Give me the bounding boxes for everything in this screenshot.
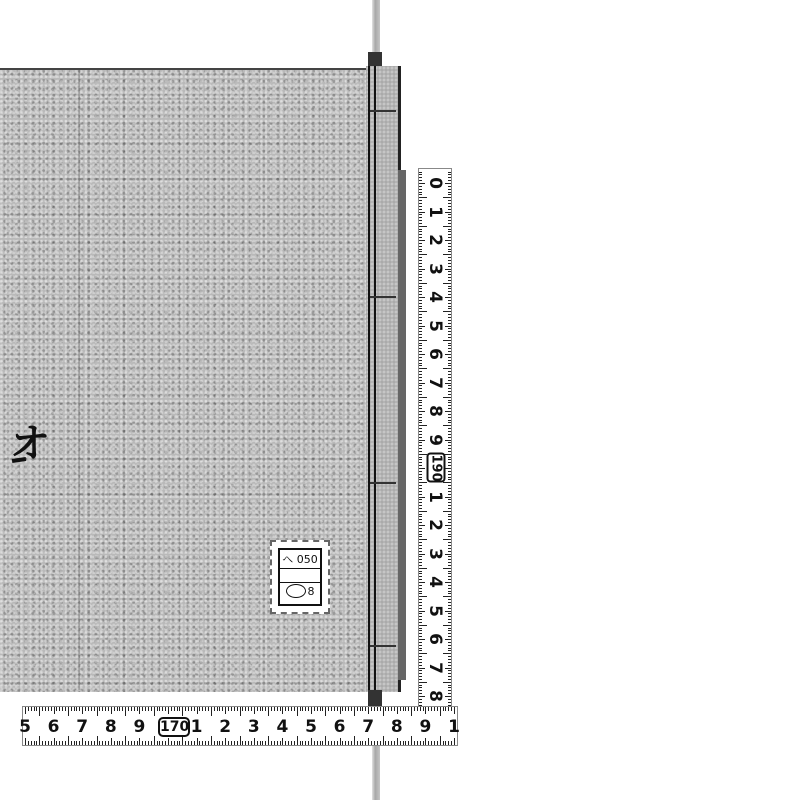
ruler-tick bbox=[191, 741, 192, 745]
ruler-tick bbox=[431, 707, 432, 711]
ruler-tick bbox=[419, 459, 422, 460]
ruler-tick bbox=[419, 687, 422, 688]
ruler-tick bbox=[448, 257, 451, 258]
ruler-tick bbox=[271, 707, 272, 711]
ruler-tick bbox=[445, 554, 451, 555]
ruler-tick bbox=[448, 542, 451, 543]
ruler-tick bbox=[288, 741, 289, 745]
ruler-tick bbox=[448, 616, 451, 617]
label-number: 8 bbox=[308, 585, 315, 598]
ruler-tick bbox=[419, 197, 427, 198]
ruler-tick bbox=[125, 707, 126, 716]
ruler-tick bbox=[448, 474, 451, 475]
ruler-tick bbox=[419, 340, 427, 341]
ruler-tick bbox=[448, 562, 451, 563]
ruler-tick bbox=[419, 608, 422, 609]
ruler-tick bbox=[448, 174, 451, 175]
ruler-tick bbox=[85, 707, 86, 711]
ruler-tick bbox=[311, 738, 312, 745]
ruler-tick bbox=[448, 536, 451, 537]
ruler-tick bbox=[448, 437, 451, 438]
ruler-tick bbox=[400, 741, 401, 745]
ruler-tick bbox=[448, 693, 451, 694]
ruler-tick bbox=[448, 650, 451, 651]
ruler-tick bbox=[423, 741, 424, 745]
ruler-tick bbox=[448, 351, 451, 352]
ruler-label: 1 bbox=[425, 202, 445, 222]
ruler-tick bbox=[425, 738, 426, 745]
ruler-tick bbox=[240, 707, 241, 716]
ruler-tick bbox=[419, 303, 422, 304]
ruler-tick bbox=[448, 288, 451, 289]
ruler-tick bbox=[368, 707, 369, 714]
ruler-tick bbox=[448, 465, 451, 466]
ruler-tick bbox=[65, 741, 66, 745]
ruler-tick bbox=[419, 397, 427, 398]
binding-stitch bbox=[370, 645, 396, 647]
ruler-tick bbox=[419, 291, 422, 292]
ruler-tick bbox=[105, 707, 106, 711]
ruler-tick bbox=[408, 741, 409, 745]
ruler-tick bbox=[137, 707, 138, 711]
ruler-tick bbox=[45, 707, 46, 711]
ruler-tick bbox=[39, 707, 40, 716]
ruler-tick bbox=[448, 548, 451, 549]
ruler-tick bbox=[448, 177, 451, 178]
ruler-tick bbox=[36, 741, 37, 745]
ruler-tick bbox=[419, 263, 422, 264]
ruler-tick bbox=[419, 417, 422, 418]
ruler-tick bbox=[445, 468, 451, 469]
ruler-tick bbox=[419, 214, 422, 215]
ruler-tick bbox=[448, 573, 451, 574]
ruler-tick bbox=[411, 707, 412, 716]
ruler-tick bbox=[448, 630, 451, 631]
ruler-tick bbox=[440, 736, 441, 745]
ruler-tick bbox=[419, 320, 422, 321]
ruler-tick bbox=[419, 294, 422, 295]
ruler-label: 5 bbox=[425, 601, 445, 621]
ruler-tick bbox=[448, 314, 451, 315]
ruler-tick bbox=[251, 741, 252, 745]
ruler-tick bbox=[419, 391, 422, 392]
ruler-tick bbox=[419, 365, 422, 366]
ruler-tick bbox=[159, 707, 160, 711]
ruler-tick bbox=[39, 736, 40, 745]
ruler-tick bbox=[419, 653, 427, 654]
ruler-tick bbox=[448, 636, 451, 637]
ruler-tick bbox=[94, 707, 95, 711]
ruler-tick bbox=[354, 707, 355, 716]
ruler-tick bbox=[437, 741, 438, 745]
thread-knot-top bbox=[368, 52, 382, 66]
ruler-tick bbox=[445, 326, 451, 327]
ruler-tick bbox=[448, 328, 451, 329]
ruler-label: 7 bbox=[72, 717, 92, 737]
ruler-tick bbox=[99, 707, 100, 711]
ruler-tick bbox=[257, 707, 258, 711]
ruler-tick bbox=[76, 741, 77, 745]
ruler-tick bbox=[448, 519, 451, 520]
ruler-tick bbox=[208, 707, 209, 711]
ruler-tick bbox=[134, 707, 135, 711]
ruler-tick bbox=[214, 707, 215, 711]
ruler-tick bbox=[34, 707, 35, 711]
ruler-tick bbox=[342, 741, 343, 745]
ruler-tick bbox=[419, 223, 422, 224]
ruler-tick bbox=[419, 499, 422, 500]
ruler-tick bbox=[185, 707, 186, 711]
ruler-label: 6 bbox=[425, 629, 445, 649]
ruler-tick bbox=[448, 499, 451, 500]
ruler-tick bbox=[448, 402, 451, 403]
ruler-tick bbox=[448, 599, 451, 600]
ruler-tick bbox=[177, 741, 178, 745]
ruler-tick bbox=[414, 707, 415, 711]
seal-stamp-icon bbox=[286, 584, 306, 598]
ruler-tick bbox=[419, 571, 422, 572]
ruler-tick bbox=[443, 511, 451, 512]
ruler-tick bbox=[111, 707, 112, 714]
ruler-tick bbox=[317, 707, 318, 711]
ruler-tick bbox=[431, 741, 432, 745]
ruler-tick bbox=[448, 320, 451, 321]
ruler-tick bbox=[251, 707, 252, 711]
ruler-tick bbox=[419, 482, 427, 483]
ruler-tick bbox=[419, 673, 422, 674]
ruler-tick bbox=[242, 707, 243, 711]
ruler-tick bbox=[448, 551, 451, 552]
ruler-tick bbox=[419, 579, 422, 580]
ruler-label: 6 bbox=[425, 344, 445, 364]
ruler-tick bbox=[448, 377, 451, 378]
ruler-tick bbox=[419, 243, 422, 244]
ruler-tick bbox=[314, 741, 315, 745]
ruler-tick bbox=[419, 622, 422, 623]
ruler-tick bbox=[448, 414, 451, 415]
ruler-tick bbox=[85, 741, 86, 745]
ruler-tick bbox=[443, 311, 451, 312]
ruler-tick bbox=[348, 741, 349, 745]
ruler-tick bbox=[34, 741, 35, 745]
ruler-tick bbox=[445, 497, 451, 498]
ruler-tick bbox=[419, 522, 422, 523]
ruler-tick bbox=[254, 707, 255, 714]
ruler-tick bbox=[448, 690, 451, 691]
ruler-tick bbox=[448, 277, 451, 278]
ruler-tick bbox=[419, 192, 422, 193]
ruler-tick bbox=[419, 323, 422, 324]
ruler-tick bbox=[222, 741, 223, 745]
ruler-tick bbox=[419, 431, 422, 432]
library-label: ヘ 050 8 bbox=[270, 540, 330, 614]
ruler-tick bbox=[268, 736, 269, 745]
ruler-tick bbox=[260, 707, 261, 711]
label-blank-row bbox=[280, 568, 320, 583]
ruler-tick bbox=[419, 514, 422, 515]
ruler-tick bbox=[448, 508, 451, 509]
ruler-tick bbox=[448, 234, 451, 235]
ruler-tick bbox=[137, 741, 138, 745]
ruler-tick bbox=[340, 738, 341, 745]
ruler-tick bbox=[274, 741, 275, 745]
ruler-tick bbox=[119, 707, 120, 711]
ruler-tick bbox=[448, 622, 451, 623]
ruler-tick bbox=[419, 702, 422, 703]
ruler-tick bbox=[419, 645, 422, 646]
ruler-tick bbox=[388, 707, 389, 711]
ruler-tick bbox=[448, 331, 451, 332]
ruler-tick bbox=[419, 363, 422, 364]
ruler-tick bbox=[345, 707, 346, 711]
ruler-tick bbox=[419, 542, 422, 543]
ruler-tick bbox=[385, 707, 386, 711]
ruler-tick bbox=[188, 707, 189, 711]
ruler-tick bbox=[448, 294, 451, 295]
ruler-tick bbox=[419, 428, 422, 429]
ruler-tick bbox=[419, 576, 422, 577]
ruler-tick bbox=[445, 639, 451, 640]
ruler-tick bbox=[448, 428, 451, 429]
ruler-tick bbox=[428, 707, 429, 711]
ruler-tick bbox=[194, 741, 195, 745]
ruler-tick bbox=[448, 360, 451, 361]
ruler-tick bbox=[448, 585, 451, 586]
ruler-tick bbox=[419, 494, 422, 495]
ruler-tick bbox=[311, 707, 312, 714]
ruler-tick bbox=[348, 707, 349, 711]
ruler-tick bbox=[419, 562, 422, 563]
ruler-tick bbox=[419, 662, 422, 663]
ruler-tick bbox=[419, 534, 422, 535]
ruler-tick bbox=[419, 425, 427, 426]
ruler-tick bbox=[237, 741, 238, 745]
ruler-tick bbox=[448, 491, 451, 492]
ruler-tick bbox=[443, 425, 451, 426]
ruler-tick bbox=[448, 576, 451, 577]
ruler-tick bbox=[419, 593, 422, 594]
ruler-tick bbox=[419, 174, 422, 175]
ruler-tick bbox=[448, 303, 451, 304]
ruler-tick bbox=[328, 707, 329, 711]
ruler-label: 9 bbox=[415, 717, 435, 737]
ruler-tick bbox=[171, 741, 172, 745]
ruler-tick bbox=[419, 186, 422, 187]
ruler-tick bbox=[277, 741, 278, 745]
ruler-tick bbox=[443, 197, 451, 198]
ruler-tick bbox=[448, 180, 451, 181]
ruler-tick bbox=[368, 738, 369, 745]
ruler-tick bbox=[419, 679, 422, 680]
ruler-label: 3 bbox=[244, 717, 264, 737]
ruler-tick bbox=[165, 741, 166, 745]
ruler-tick bbox=[91, 707, 92, 711]
ruler-tick bbox=[440, 707, 441, 716]
ruler-tick bbox=[448, 223, 451, 224]
ruler-tick bbox=[59, 707, 60, 711]
ruler-tick bbox=[108, 707, 109, 711]
ruler-tick bbox=[419, 437, 422, 438]
ruler-label: 3 bbox=[425, 259, 445, 279]
binding-stitch bbox=[370, 110, 396, 112]
ruler-label: 4 bbox=[425, 287, 445, 307]
ruler-tick bbox=[448, 556, 451, 557]
ruler-tick bbox=[448, 291, 451, 292]
ruler-tick bbox=[448, 249, 451, 250]
ruler-tick bbox=[419, 343, 422, 344]
ruler-label: 5 bbox=[15, 717, 35, 737]
ruler-tick bbox=[419, 468, 425, 469]
ruler-tick bbox=[417, 741, 418, 745]
ruler-tick bbox=[88, 707, 89, 711]
ruler-tick bbox=[294, 741, 295, 745]
ruler-tick bbox=[448, 172, 451, 173]
ruler-tick bbox=[134, 741, 135, 745]
ruler-tick bbox=[248, 707, 249, 711]
ruler-tick bbox=[448, 516, 451, 517]
ruler-label: 170 bbox=[158, 717, 190, 737]
ruler-tick bbox=[448, 477, 451, 478]
ruler-tick bbox=[434, 741, 435, 745]
ruler-tick bbox=[448, 186, 451, 187]
ruler-tick bbox=[448, 488, 451, 489]
ruler-label: 1 bbox=[444, 717, 464, 737]
ruler-tick bbox=[297, 736, 298, 745]
spine-line bbox=[368, 66, 370, 692]
ruler-label: 1 bbox=[187, 717, 207, 737]
ruler-tick bbox=[237, 707, 238, 711]
ruler-tick bbox=[419, 237, 422, 238]
ruler-tick bbox=[448, 679, 451, 680]
ruler-tick bbox=[28, 741, 29, 745]
ruler-tick bbox=[448, 243, 451, 244]
ruler-tick bbox=[94, 741, 95, 745]
ruler-tick bbox=[419, 405, 422, 406]
ruler-tick bbox=[419, 331, 422, 332]
ruler-tick bbox=[419, 209, 422, 210]
ruler-tick bbox=[448, 385, 451, 386]
ruler-tick bbox=[317, 741, 318, 745]
ruler-tick bbox=[448, 237, 451, 238]
ruler-tick bbox=[419, 642, 422, 643]
ruler-tick bbox=[211, 736, 212, 745]
ruler-tick bbox=[448, 445, 451, 446]
ruler-tick bbox=[199, 741, 200, 745]
ruler-tick bbox=[419, 203, 422, 204]
ruler-tick bbox=[300, 707, 301, 711]
ruler-tick bbox=[448, 565, 451, 566]
ruler-tick bbox=[128, 741, 129, 745]
ruler-tick bbox=[419, 457, 422, 458]
ruler-tick bbox=[168, 738, 169, 745]
ruler-tick bbox=[151, 741, 152, 745]
ruler-tick bbox=[111, 738, 112, 745]
ruler-tick bbox=[403, 707, 404, 711]
ruler-tick bbox=[271, 741, 272, 745]
ruler-tick bbox=[194, 707, 195, 711]
ruler-tick bbox=[448, 613, 451, 614]
ruler-tick bbox=[79, 707, 80, 711]
ruler-tick bbox=[419, 283, 427, 284]
ruler-tick bbox=[448, 485, 451, 486]
ruler-tick bbox=[331, 741, 332, 745]
ruler-tick bbox=[419, 394, 422, 395]
ruler-tick bbox=[342, 707, 343, 711]
ruler-tick bbox=[419, 328, 422, 329]
ruler-tick bbox=[262, 741, 263, 745]
ruler-tick bbox=[448, 308, 451, 309]
ruler-tick bbox=[419, 217, 422, 218]
ruler-label: 3 bbox=[425, 544, 445, 564]
ruler-tick bbox=[159, 741, 160, 745]
spine-line bbox=[374, 66, 376, 692]
ruler-tick bbox=[448, 363, 451, 364]
ruler-tick bbox=[48, 707, 49, 711]
ruler-tick bbox=[254, 738, 255, 745]
ruler-tick bbox=[56, 741, 57, 745]
ruler-tick bbox=[125, 736, 126, 745]
ruler-tick bbox=[277, 707, 278, 711]
ruler-tick bbox=[357, 741, 358, 745]
ruler-tick bbox=[414, 741, 415, 745]
ruler-tick bbox=[448, 280, 451, 281]
ruler-tick bbox=[74, 741, 75, 745]
ruler-tick bbox=[291, 707, 292, 711]
ruler-tick bbox=[419, 448, 422, 449]
ruler-tick bbox=[365, 741, 366, 745]
ruler-tick bbox=[217, 707, 218, 711]
ruler-tick bbox=[179, 741, 180, 745]
ruler-tick bbox=[419, 625, 427, 626]
ruler-tick bbox=[71, 741, 72, 745]
ruler-tick bbox=[139, 738, 140, 745]
ruler-tick bbox=[443, 340, 451, 341]
ruler-tick bbox=[380, 707, 381, 711]
ruler-label: 6 bbox=[330, 717, 350, 737]
ruler-tick bbox=[445, 582, 451, 583]
ruler-tick bbox=[419, 539, 427, 540]
ruler-tick bbox=[165, 707, 166, 711]
ruler-tick bbox=[451, 741, 452, 745]
ruler-tick bbox=[448, 662, 451, 663]
ruler-tick bbox=[448, 494, 451, 495]
ruler-label: 1 bbox=[425, 487, 445, 507]
ruler-label: 8 bbox=[425, 686, 445, 706]
ruler-tick bbox=[405, 707, 406, 711]
ruler-tick bbox=[357, 707, 358, 711]
ruler-tick bbox=[208, 741, 209, 745]
ruler-tick bbox=[451, 707, 452, 711]
ruler-tick bbox=[97, 736, 98, 745]
ruler-tick bbox=[182, 736, 183, 745]
ruler-tick bbox=[25, 738, 26, 745]
ruler-tick bbox=[54, 707, 55, 714]
ruler-tick bbox=[285, 741, 286, 745]
ruler-tick bbox=[448, 559, 451, 560]
ruler-tick bbox=[419, 442, 422, 443]
ruler-tick bbox=[419, 300, 422, 301]
ruler-tick bbox=[448, 394, 451, 395]
ruler-tick bbox=[448, 665, 451, 666]
ruler-tick bbox=[354, 736, 355, 745]
ruler-tick bbox=[142, 741, 143, 745]
ruler-tick bbox=[380, 741, 381, 745]
ruler-tick bbox=[443, 653, 451, 654]
ruler-tick bbox=[419, 189, 422, 190]
ruler-tick bbox=[419, 385, 422, 386]
ruler-tick bbox=[419, 360, 422, 361]
ruler-tick bbox=[448, 602, 451, 603]
